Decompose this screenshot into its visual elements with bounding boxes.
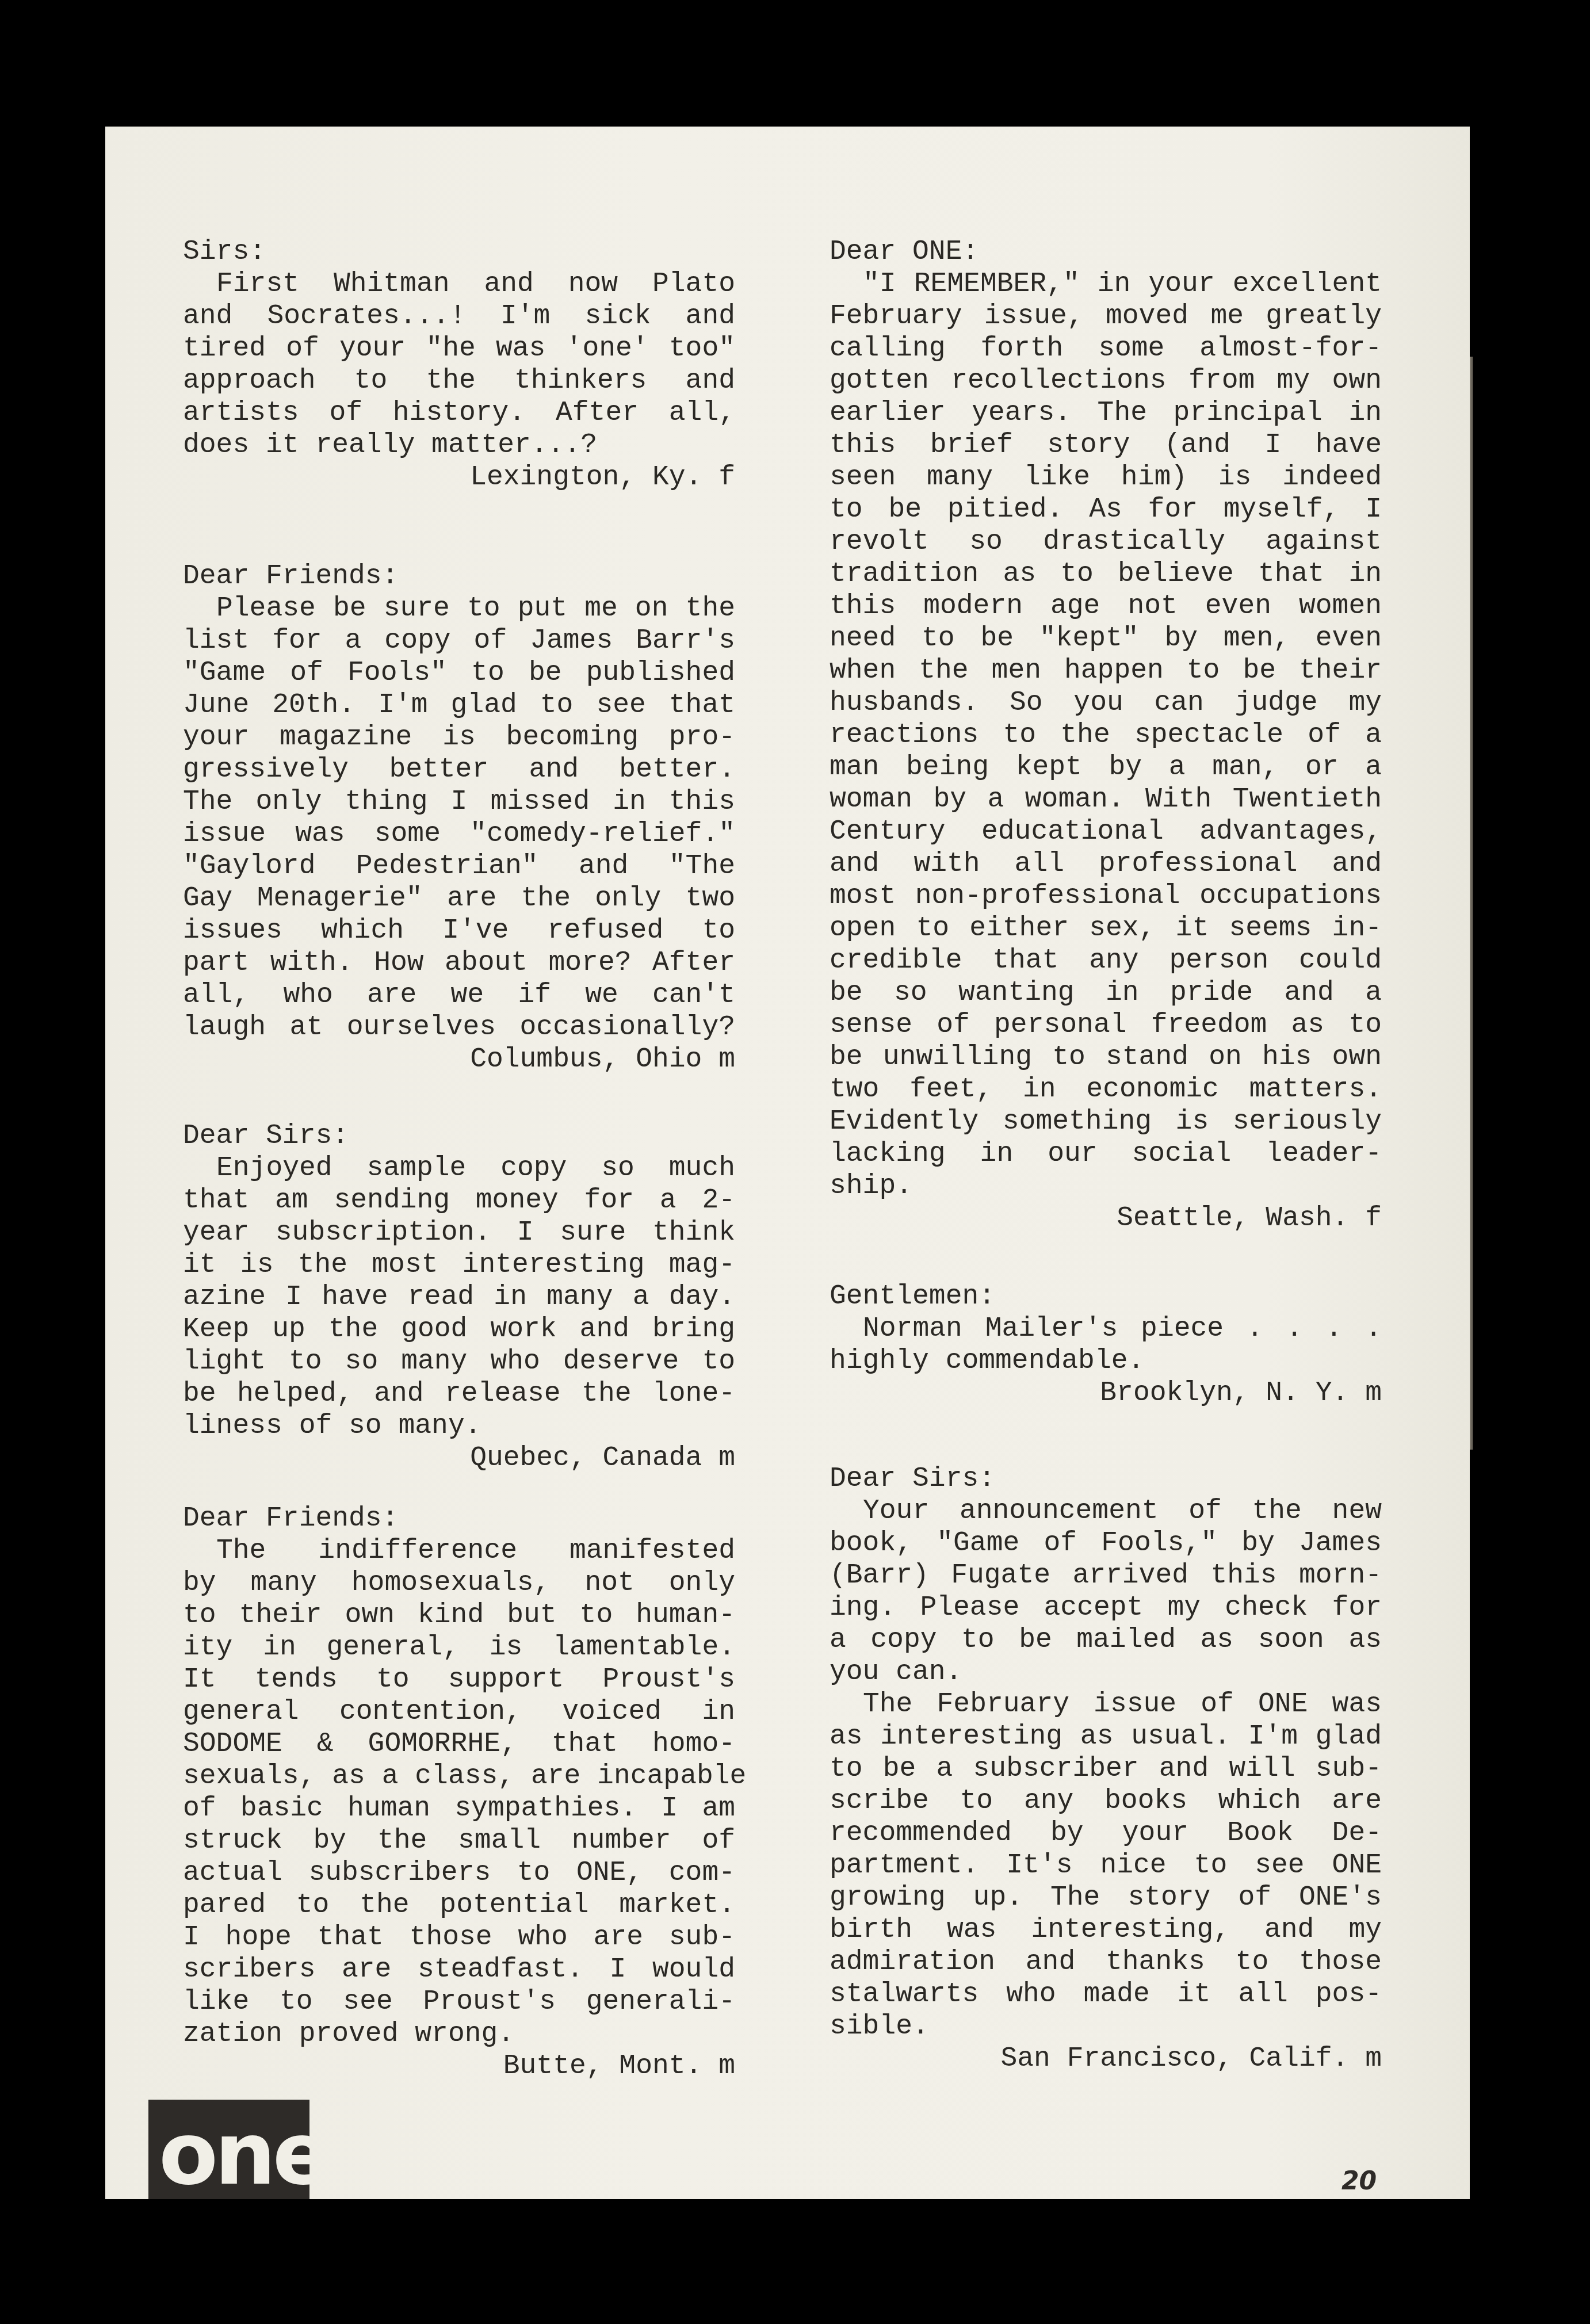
- letter-line: all, who are we if we can't: [183, 979, 735, 1011]
- letter-line: liness of so many.: [183, 1410, 735, 1442]
- letter-line: zation proved wrong.: [183, 2018, 735, 2050]
- letter-line: tired of your "he was 'one' too": [183, 332, 735, 365]
- letter-line: tradition as to believe that in: [830, 558, 1382, 590]
- letter-line: stalwarts who made it all pos-: [830, 1978, 1382, 2010]
- letter-line: part with. How about more? After: [183, 947, 735, 979]
- letter-line: be helped, and release the lone-: [183, 1378, 735, 1410]
- letter-line: sexuals, as a class, are incapable: [183, 1760, 735, 1792]
- letter-line: ing. Please accept my check for: [830, 1592, 1382, 1624]
- letter-salutation: Sirs:: [183, 236, 735, 268]
- letter-line: I hope that those who are sub-: [183, 1921, 735, 1954]
- letter-line: open to either sex, it seems in-: [830, 912, 1382, 945]
- letter-line: growing up. The story of ONE's: [830, 1882, 1382, 1914]
- letter-columbus: Dear Friends: Please be sure to put me o…: [183, 560, 735, 1076]
- letter-line: admiration and thanks to those: [830, 1946, 1382, 1978]
- letter-line: gressively better and better.: [183, 754, 735, 786]
- letter-signature: Lexington, Ky. f: [183, 461, 735, 494]
- letter-signature: Columbus, Ohio m: [183, 1043, 735, 1076]
- letter-line: ity in general, is lamentable.: [183, 1631, 735, 1664]
- logo-text: one: [159, 2111, 309, 2197]
- letter-line: Enjoyed sample copy so much: [183, 1152, 735, 1184]
- letter-line: February issue, moved me greatly: [830, 300, 1382, 332]
- letter-line: struck by the small number of: [183, 1825, 735, 1857]
- letter-line: scribe to any books which are: [830, 1785, 1382, 1817]
- letter-line: issue was some "comedy-relief.": [183, 818, 735, 850]
- letter-line: general contention, voiced in: [183, 1696, 735, 1728]
- letter-salutation: Dear Sirs:: [830, 1463, 1382, 1495]
- letter-line: book, "Game of Fools," by James: [830, 1527, 1382, 1559]
- letter-line: to be a subscriber and will sub-: [830, 1753, 1382, 1785]
- letter-line: credible that any person could: [830, 945, 1382, 977]
- letter-line: this modern age not even women: [830, 590, 1382, 622]
- letter-signature: San Francisco, Calif. m: [830, 2043, 1382, 2075]
- letter-line: Please be sure to put me on the: [183, 593, 735, 625]
- letter-line: like to see Proust's generali-: [183, 1986, 735, 2018]
- letter-line: man being kept by a man, or a: [830, 751, 1382, 783]
- letter-line: azine I have read in many a day.: [183, 1281, 735, 1313]
- letter-line: ship.: [830, 1170, 1382, 1202]
- letter-line: SODOME & GOMORRHE, that homo-: [183, 1728, 735, 1760]
- letter-salutation: Dear Sirs:: [183, 1120, 735, 1152]
- letter-line: The only thing I missed in this: [183, 786, 735, 818]
- letter-line: husbands. So you can judge my: [830, 687, 1382, 719]
- letter-line: The indifference manifested: [183, 1535, 735, 1567]
- letter-line: actual subscribers to ONE, com-: [183, 1857, 735, 1889]
- letter-line: "Gaylord Pedestrian" and "The: [183, 850, 735, 882]
- letter-line: to be pitied. As for myself, I: [830, 494, 1382, 526]
- letter-line: "Game of Fools" to be published: [183, 657, 735, 689]
- letter-line: when the men happen to be their: [830, 655, 1382, 687]
- letter-line: approach to the thinkers and: [183, 365, 735, 397]
- letter-line: of basic human sympathies. I am: [183, 1792, 735, 1825]
- letter-line: that am sending money for a 2-: [183, 1184, 735, 1217]
- letter-line: light to so many who deserve to: [183, 1346, 735, 1378]
- letter-line: a copy to be mailed as soon as: [830, 1624, 1382, 1656]
- letter-line: revolt so drastically against: [830, 526, 1382, 558]
- letter-line: does it really matter...?: [183, 429, 735, 461]
- letter-line: June 20th. I'm glad to see that: [183, 689, 735, 721]
- letter-line: Century educational advantages,: [830, 816, 1382, 848]
- letter-signature: Brooklyn, N. Y. m: [830, 1377, 1382, 1409]
- letter-line: two feet, in economic matters.: [830, 1073, 1382, 1106]
- letter-line: it is the most interesting mag-: [183, 1249, 735, 1281]
- letter-salutation: Dear Friends:: [183, 560, 735, 593]
- letter-line: laugh at ourselves occasionally?: [183, 1011, 735, 1043]
- letter-line: Keep up the good work and bring: [183, 1313, 735, 1346]
- letter-brooklyn: Gentlemen: Norman Mailer's piece . . . .…: [830, 1281, 1382, 1409]
- letter-salutation: Dear Friends:: [183, 1503, 735, 1535]
- letter-line: most non-professional occupations: [830, 880, 1382, 912]
- letter-lexington: Sirs: First Whitman and now Plato and So…: [183, 236, 735, 494]
- letter-line: issues which I've refused to: [183, 915, 735, 947]
- letter-line: by many homosexuals, not only: [183, 1567, 735, 1599]
- letter-line: Norman Mailer's piece . . . .: [830, 1313, 1382, 1345]
- letter-line: pared to the potential market.: [183, 1889, 735, 1921]
- letter-line: be unwilling to stand on his own: [830, 1041, 1382, 1073]
- letter-line: gotten recollections from my own: [830, 365, 1382, 397]
- letter-line: "I REMEMBER," in your excellent: [830, 268, 1382, 300]
- letter-line: recommended by your Book De-: [830, 1817, 1382, 1849]
- letter-seattle: Dear ONE: "I REMEMBER," in your excellen…: [830, 236, 1382, 1234]
- letter-line: highly commendable.: [830, 1345, 1382, 1377]
- one-magazine-logo: one: [148, 2100, 309, 2199]
- letter-signature: Seattle, Wash. f: [830, 1202, 1382, 1234]
- letter-line: calling forth some almost-for-: [830, 332, 1382, 365]
- letter-salutation: Dear ONE:: [830, 236, 1382, 268]
- letter-line: partment. It's nice to see ONE: [830, 1849, 1382, 1882]
- letter-line: Gay Menagerie" are the only two: [183, 882, 735, 915]
- letter-line: and with all professional and: [830, 848, 1382, 880]
- page-number: 20: [1341, 2169, 1377, 2194]
- letter-line: seen many like him) is indeed: [830, 461, 1382, 494]
- letter-signature: Quebec, Canada m: [183, 1442, 735, 1474]
- letter-line: It tends to support Proust's: [183, 1664, 735, 1696]
- letter-line: this brief story (and I have: [830, 429, 1382, 461]
- letter-san-francisco: Dear Sirs: Your announcement of the new …: [830, 1463, 1382, 2075]
- letter-line: list for a copy of James Barr's: [183, 625, 735, 657]
- letter-line: your magazine is becoming pro-: [183, 721, 735, 754]
- letter-line: woman by a woman. With Twentieth: [830, 783, 1382, 816]
- letter-line: (Barr) Fugate arrived this morn-: [830, 1559, 1382, 1592]
- letter-line: sense of personal freedom as to: [830, 1009, 1382, 1041]
- letter-line: you can.: [830, 1656, 1382, 1688]
- letter-line: earlier years. The principal in: [830, 397, 1382, 429]
- letter-line: birth was interesting, and my: [830, 1914, 1382, 1946]
- letter-line: First Whitman and now Plato: [183, 268, 735, 300]
- letter-line: reactions to the spectacle of a: [830, 719, 1382, 751]
- letter-signature: Butte, Mont. m: [183, 2050, 735, 2082]
- magazine-page: Sirs: First Whitman and now Plato and So…: [105, 127, 1470, 2199]
- letter-line: year subscription. I sure think: [183, 1217, 735, 1249]
- letter-line: and Socrates...! I'm sick and: [183, 300, 735, 332]
- letter-line: Your announcement of the new: [830, 1495, 1382, 1527]
- letter-line: sible.: [830, 2010, 1382, 2043]
- letter-salutation: Gentlemen:: [830, 1281, 1382, 1313]
- letter-quebec: Dear Sirs: Enjoyed sample copy so much t…: [183, 1120, 735, 1474]
- page-edge-shadow: [1470, 357, 1473, 1450]
- letter-line: to their own kind but to human-: [183, 1599, 735, 1631]
- letter-line: as interesting as usual. I'm glad: [830, 1721, 1382, 1753]
- letter-line: Evidently something is seriously: [830, 1106, 1382, 1138]
- letter-line: artists of history. After all,: [183, 397, 735, 429]
- letter-line: The February issue of ONE was: [830, 1688, 1382, 1721]
- letter-line: be so wanting in pride and a: [830, 977, 1382, 1009]
- letter-line: lacking in our social leader-: [830, 1138, 1382, 1170]
- letter-line: need to be "kept" by men, even: [830, 622, 1382, 655]
- letter-butte: Dear Friends: The indifference manifeste…: [183, 1503, 735, 2082]
- letter-line: scribers are steadfast. I would: [183, 1954, 735, 1986]
